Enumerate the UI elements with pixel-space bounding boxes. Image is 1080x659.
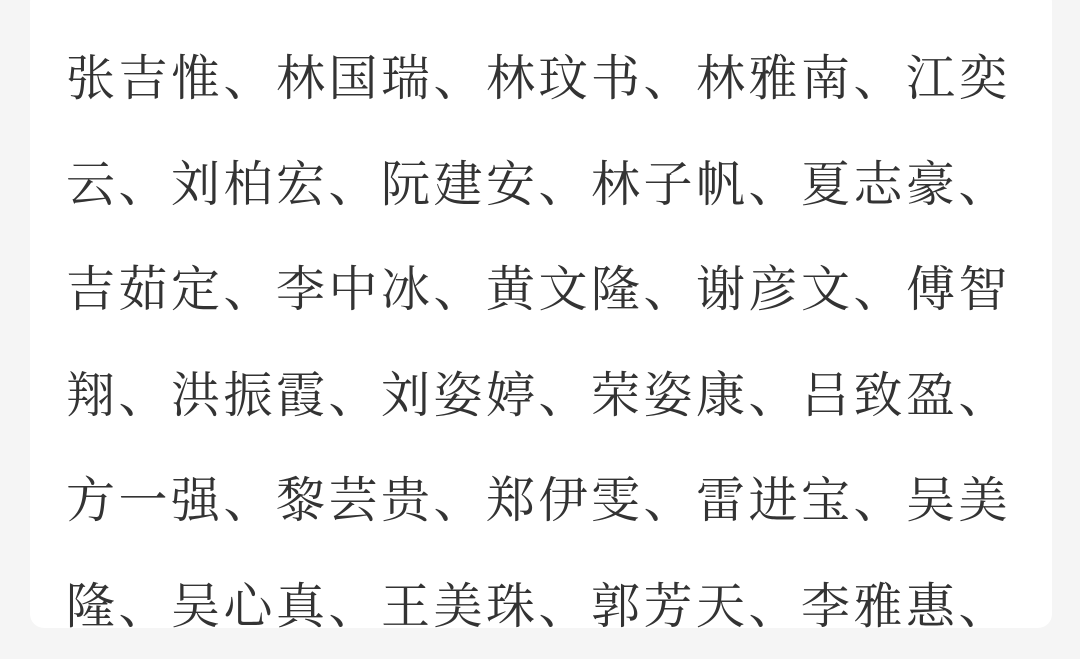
content-card: 张吉惟、林国瑞、林玟书、林雅南、江奕云、刘柏宏、阮建安、林子帆、夏志豪、吉茹定、… [30, 0, 1052, 610]
names-list-text: 张吉惟、林国瑞、林玟书、林雅南、江奕云、刘柏宏、阮建安、林子帆、夏志豪、吉茹定、… [66, 26, 1026, 610]
